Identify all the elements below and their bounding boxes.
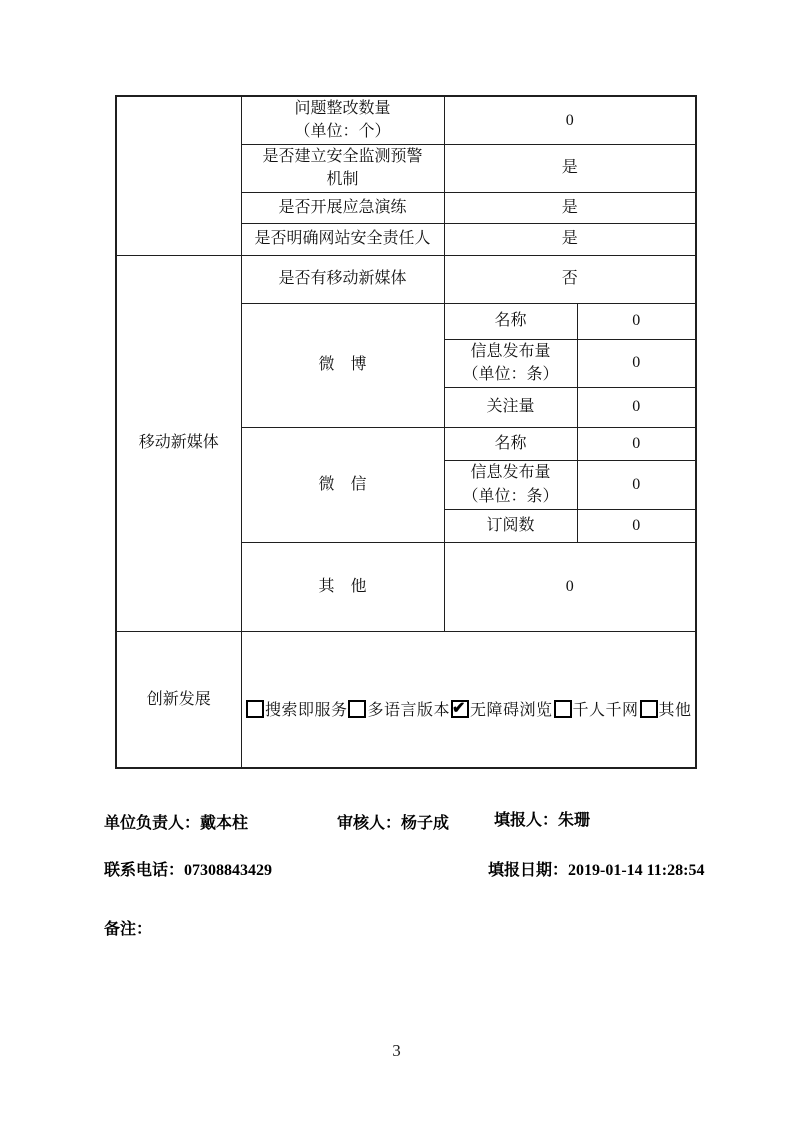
table-row: 创新发展 搜索即服务多语言版本无障碍浏览千人千网其他 xyxy=(116,631,696,768)
contact-phone-label: 联系电话： xyxy=(104,862,184,879)
checkbox-other-label: 其他 xyxy=(659,702,692,719)
report-date-label: 填报日期： xyxy=(488,862,568,879)
innovation-options-line: 搜索即服务多语言版本无障碍浏览千人千网其他 xyxy=(245,702,692,719)
label-weixin-subscribers: 订阅数 xyxy=(444,509,577,542)
unit-head-label: 单位负责人： xyxy=(104,815,200,832)
checkbox-accessibility[interactable] xyxy=(451,700,469,718)
other-media-label: 其 他 xyxy=(241,542,444,631)
unit-head-value: 戴本柱 xyxy=(200,815,248,832)
remark: 备注： xyxy=(104,916,152,939)
reviewer-value: 杨子成 xyxy=(401,815,449,832)
checkbox-multilingual[interactable] xyxy=(348,700,366,718)
value-weixin-name: 0 xyxy=(577,427,696,460)
report-date-value: 2019-01-14 11:28:54 xyxy=(568,862,704,879)
unit-head: 单位负责人：戴本柱 xyxy=(104,810,248,833)
value-security-officer: 是 xyxy=(444,223,696,255)
label-security-monitoring: 是否建立安全监测预警 机制 xyxy=(241,144,444,192)
filler-label: 填报人： xyxy=(494,812,558,829)
label-weibo-followers: 关注量 xyxy=(444,387,577,427)
table-row: 问题整改数量 （单位：个） 0 xyxy=(116,96,696,144)
filler: 填报人：朱珊 xyxy=(494,807,590,830)
checkbox-search-service[interactable] xyxy=(246,700,264,718)
checkbox-search-service-label: 搜索即服务 xyxy=(265,702,348,719)
label-emergency-drill: 是否开展应急演练 xyxy=(241,192,444,223)
checkbox-qianren-qianwang[interactable] xyxy=(554,700,572,718)
value-weibo-name: 0 xyxy=(577,303,696,339)
table-row: 移动新媒体 是否有移动新媒体 否 xyxy=(116,255,696,303)
innovation-options-cell: 搜索即服务多语言版本无障碍浏览千人千网其他 xyxy=(241,631,696,768)
remark-label: 备注： xyxy=(104,921,152,938)
value-issue-fix-count: 0 xyxy=(444,96,696,144)
report-table: 问题整改数量 （单位：个） 0 是否建立安全监测预警 机制 是 是否开展应急演练… xyxy=(115,95,697,769)
label-weixin-posts: 信息发布量 （单位：条） xyxy=(444,460,577,509)
checkbox-multilingual-label: 多语言版本 xyxy=(367,702,450,719)
filler-value: 朱珊 xyxy=(558,812,590,829)
value-weibo-followers: 0 xyxy=(577,387,696,427)
other-media-value: 0 xyxy=(444,542,696,631)
value-security-monitoring: 是 xyxy=(444,144,696,192)
value-has-mobile-media: 否 xyxy=(444,255,696,303)
section-cell-empty xyxy=(116,96,241,255)
contact-phone: 联系电话：07308843429 xyxy=(104,857,272,880)
value-weibo-posts: 0 xyxy=(577,339,696,387)
report-date: 填报日期：2019-01-14 11:28:54 xyxy=(488,857,704,880)
label-weibo-name: 名称 xyxy=(444,303,577,339)
section-mobile-media-label: 移动新媒体 xyxy=(116,255,241,631)
weibo-label: 微 博 xyxy=(241,303,444,427)
value-weixin-posts: 0 xyxy=(577,460,696,509)
label-weibo-posts: 信息发布量 （单位：条） xyxy=(444,339,577,387)
label-security-officer: 是否明确网站安全责任人 xyxy=(241,223,444,255)
section-innovation-label: 创新发展 xyxy=(116,631,241,768)
checkbox-accessibility-label: 无障碍浏览 xyxy=(470,702,553,719)
weixin-label: 微 信 xyxy=(241,427,444,542)
reviewer-label: 审核人： xyxy=(337,815,401,832)
page-number: 3 xyxy=(0,1041,793,1061)
value-weixin-subscribers: 0 xyxy=(577,509,696,542)
report-page: 问题整改数量 （单位：个） 0 是否建立安全监测预警 机制 是 是否开展应急演练… xyxy=(0,0,793,1122)
value-emergency-drill: 是 xyxy=(444,192,696,223)
reviewer: 审核人：杨子成 xyxy=(337,810,449,833)
label-has-mobile-media: 是否有移动新媒体 xyxy=(241,255,444,303)
label-issue-fix-count: 问题整改数量 （单位：个） xyxy=(241,96,444,144)
label-weixin-name: 名称 xyxy=(444,427,577,460)
contact-phone-value: 07308843429 xyxy=(184,862,272,879)
checkbox-qianren-qianwang-label: 千人千网 xyxy=(573,702,639,719)
checkbox-other[interactable] xyxy=(640,700,658,718)
